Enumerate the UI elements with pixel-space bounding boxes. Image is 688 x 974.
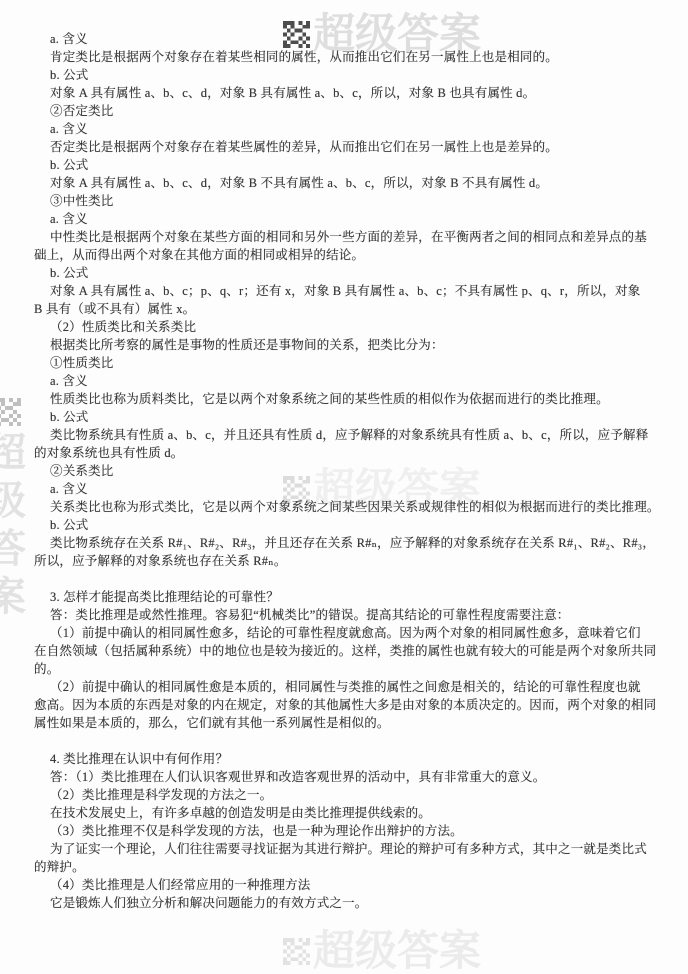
document-page: 超级答案 超级答案 超级答案 [0,0,688,974]
text-line: 类比物系统具有性质 a、b、c，并且还具有性质 d，应予解释的对象系统具有性质 … [34,426,680,444]
text-line: 关系类比也称为形式类比，它是以两个对象系统之间某些因果关系或规律性的相似为根据而… [34,498,680,516]
text-line: b. 公式 [34,408,680,426]
text-line: b. 公式 [34,516,680,534]
text-line: 类比物系统存在关系 R#₁、R#₂、R#₃，并且还存在关系 R#ₙ，应予解释的对… [34,534,680,552]
text-line: 在自然领域（包括属种系统）中的地位也是较为接近的。这样，类推的属性也就有较大的可… [34,642,680,660]
qr-code-icon [0,398,21,426]
text-line: 对象 A 具有属性 a、b、c；p、q、r；还有 x，对象 B 具有属性 a、b… [34,282,680,300]
text-line: 所以，应予解释的对象系统也存在关系 R#ₙ。 [34,552,680,570]
text-line: B 具有（或不具有）属性 x。 [34,300,680,318]
text-line: 答：（1）类比推理在人们认识客观世界和改造客观世界的活动中，具有非常重大的意义。 [34,768,680,786]
text-content: a. 含义肯定类比是根据两个对象存在着某些相同的属性，从而推出它们在另一属性上也… [34,30,680,912]
text-line: 在技术发展史上，有许多卓越的创造发明是由类比推理提供线索的。 [34,804,680,822]
text-line: 根据类比所考察的属性是事物的性质还是事物间的关系，把类比分为： [34,336,680,354]
text-line: 础上，从而得出两个对象在其他方面的相同或相异的结论。 [34,246,680,264]
watermark-left: 超 级 答 案 [0,398,26,621]
text-line: （2）类比推理是科学发现的方法之一。 [34,786,680,804]
text-line: a. 含义 [34,210,680,228]
text-line: 3. 怎样才能提高类比推理结论的可靠性？ [34,588,680,606]
watermark-char: 级 [0,477,26,525]
qr-code-icon [283,937,310,966]
text-line: （2）性质类比和关系类比 [34,318,680,336]
blank-line [34,570,680,588]
blank-line [34,732,680,750]
text-line: 愈高。因为本质的东西是对象的内在规定，对象的其他属性大多是由对象的本质决定的。因… [34,696,680,714]
text-line: b. 公式 [34,264,680,282]
text-line: 中性类比是根据两个对象在某些方面的相同和另外一些方面的差异，在平衡两者之间的相同… [34,228,680,246]
text-line: 性质类比也称为质料类比，它是以两个对象系统之间的某些性质的相似作为依据而进行的类… [34,390,680,408]
text-line: 为了证实一个理论，人们往往需要寻找证据为其进行辩护。理论的辩护可有多种方式，其中… [34,840,680,858]
text-line: 4. 类比推理在认识中有何作用？ [34,750,680,768]
watermark-bottom: 超级答案 [283,929,481,973]
text-line: 的。 [34,660,680,678]
watermark-char: 超 [0,429,26,477]
text-line: a. 含义 [34,120,680,138]
text-line: b. 公式 [34,156,680,174]
text-line: ②否定类比 [34,102,680,120]
text-line: 属性如果是本质的，那么，它们就有其他一系列属性是相似的。 [34,714,680,732]
text-line: 否定类比是根据两个对象存在着某些属性的差异，从而推出它们在另一属性上也是差异的。 [34,138,680,156]
text-line: a. 含义 [34,30,680,48]
text-line: （2）前提中确认的相同属性愈是本质的，相同属性与类推的属性之间愈是相关的，结论的… [34,678,680,696]
text-line: 对象 A 具有属性 a、b、c、d，对象 B 具有属性 a、b、c，所以，对象 … [34,84,680,102]
text-line: b. 公式 [34,66,680,84]
text-line: a. 含义 [34,480,680,498]
text-line: 对象 A 具有属性 a、b、c、d，对象 B 不具有属性 a、b、c，所以，对象… [34,174,680,192]
text-line: （1）前提中确认的相同属性愈多，结论的可靠性程度就愈高。因为两个对象的相同属性愈… [34,624,680,642]
text-line: ②关系类比 [34,462,680,480]
text-line: 的辩护。 [34,858,680,876]
text-line: 它是锻炼人们独立分析和解决问题能力的有效方式之一。 [34,894,680,912]
text-line: （4）类比推理是人们经常应用的一种推理方法 [34,876,680,894]
watermark-text: 超级答案 [313,929,481,973]
watermark-char: 案 [0,573,26,621]
watermark-char: 答 [0,525,26,573]
text-line: a. 含义 [34,372,680,390]
text-line: （3）类比推理不仅是科学发现的方法，也是一种为理论作出辩护的方法。 [34,822,680,840]
text-line: 肯定类比是根据两个对象存在着某些相同的属性，从而推出它们在另一属性上也是相同的。 [34,48,680,66]
text-line: 的对象系统也具有性质 d。 [34,444,680,462]
text-line: ①性质类比 [34,354,680,372]
text-line: 答：类比推理是或然性推理。容易犯“机械类比”的错误。提高其结论的可靠性程度需要注… [34,606,680,624]
text-line: ③中性类比 [34,192,680,210]
